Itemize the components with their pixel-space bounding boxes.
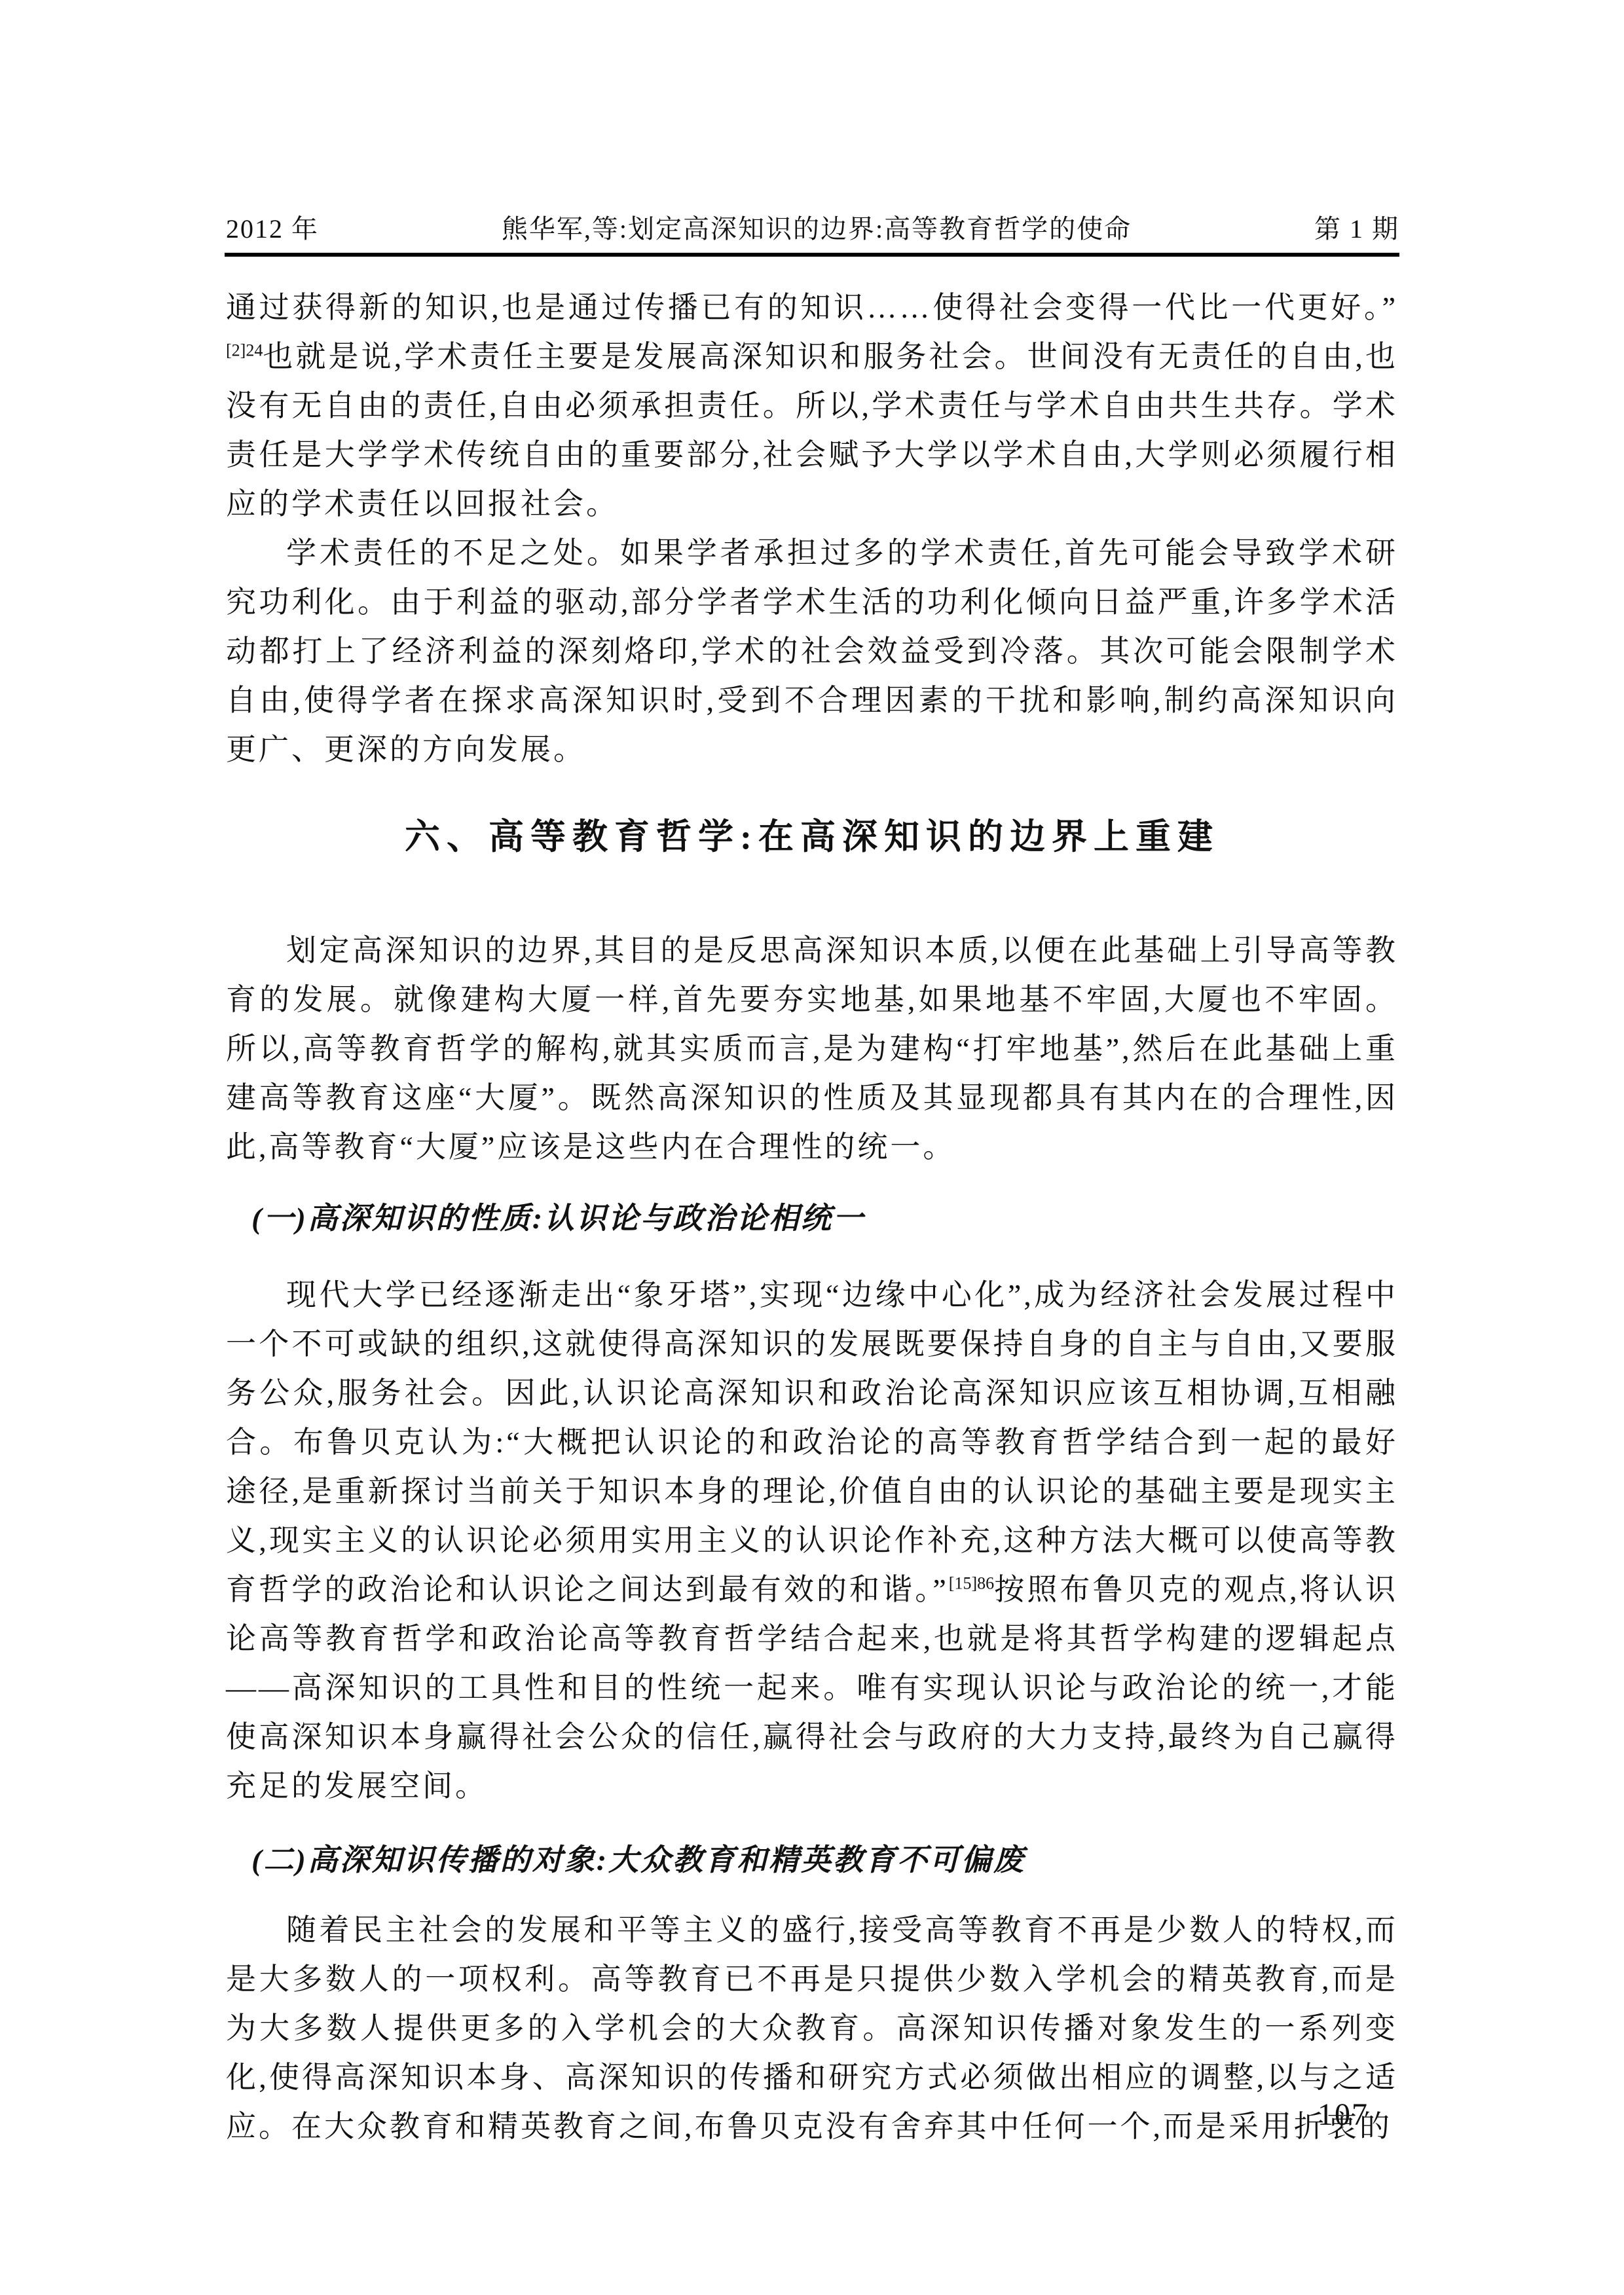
article-body: 通过获得新的知识,也是通过传播已有的知识……使得社会变得一代比一代更好。”[2]… <box>226 283 1398 2151</box>
subsection-heading-1: (一)高深知识的性质:认识论与政治论相统一 <box>226 1194 1398 1243</box>
running-head: 2012 年 熊华军,等:划定高深知识的边界:高等教育哲学的使命 第 1 期 <box>226 208 1399 246</box>
paragraph: 学术责任的不足之处。如果学者承担过多的学术责任,首先可能会导致学术研究功利化。由… <box>226 528 1398 774</box>
citation-ref: [15]86 <box>949 1574 994 1593</box>
header-rule <box>225 253 1399 257</box>
journal-page: 2012 年 熊华军,等:划定高深知识的边界:高等教育哲学的使命 第 1 期 通… <box>0 0 1624 2295</box>
paragraph: 随着民主社会的发展和平等主义的盛行,接受高等教育不再是少数人的特权,而是大多数人… <box>226 1905 1398 2151</box>
subsection-heading-2: (二)高深知识传播的对象:大众教育和精英教育不可偏废 <box>226 1835 1398 1884</box>
paragraph-continuation: 通过获得新的知识,也是通过传播已有的知识……使得社会变得一代比一代更好。”[2]… <box>226 283 1398 528</box>
section-heading: 六、高等教育哲学:在高深知识的边界上重建 <box>226 811 1398 863</box>
paragraph: 现代大学已经逐渐走出“象牙塔”,实现“边缘中心化”,成为经济社会发展过程中一个不… <box>226 1270 1398 1810</box>
citation-ref: [2]24 <box>226 341 263 360</box>
header-issue: 第 1 期 <box>1314 208 1399 246</box>
header-title: 熊华军,等:划定高深知识的边界:高等教育哲学的使命 <box>319 208 1314 246</box>
header-year: 2012 年 <box>226 208 319 246</box>
page-number: 107 <box>1318 2097 1369 2133</box>
paragraph: 划定高深知识的边界,其目的是反思高深知识本质,以便在此基础上引导高等教育的发展。… <box>226 926 1398 1171</box>
